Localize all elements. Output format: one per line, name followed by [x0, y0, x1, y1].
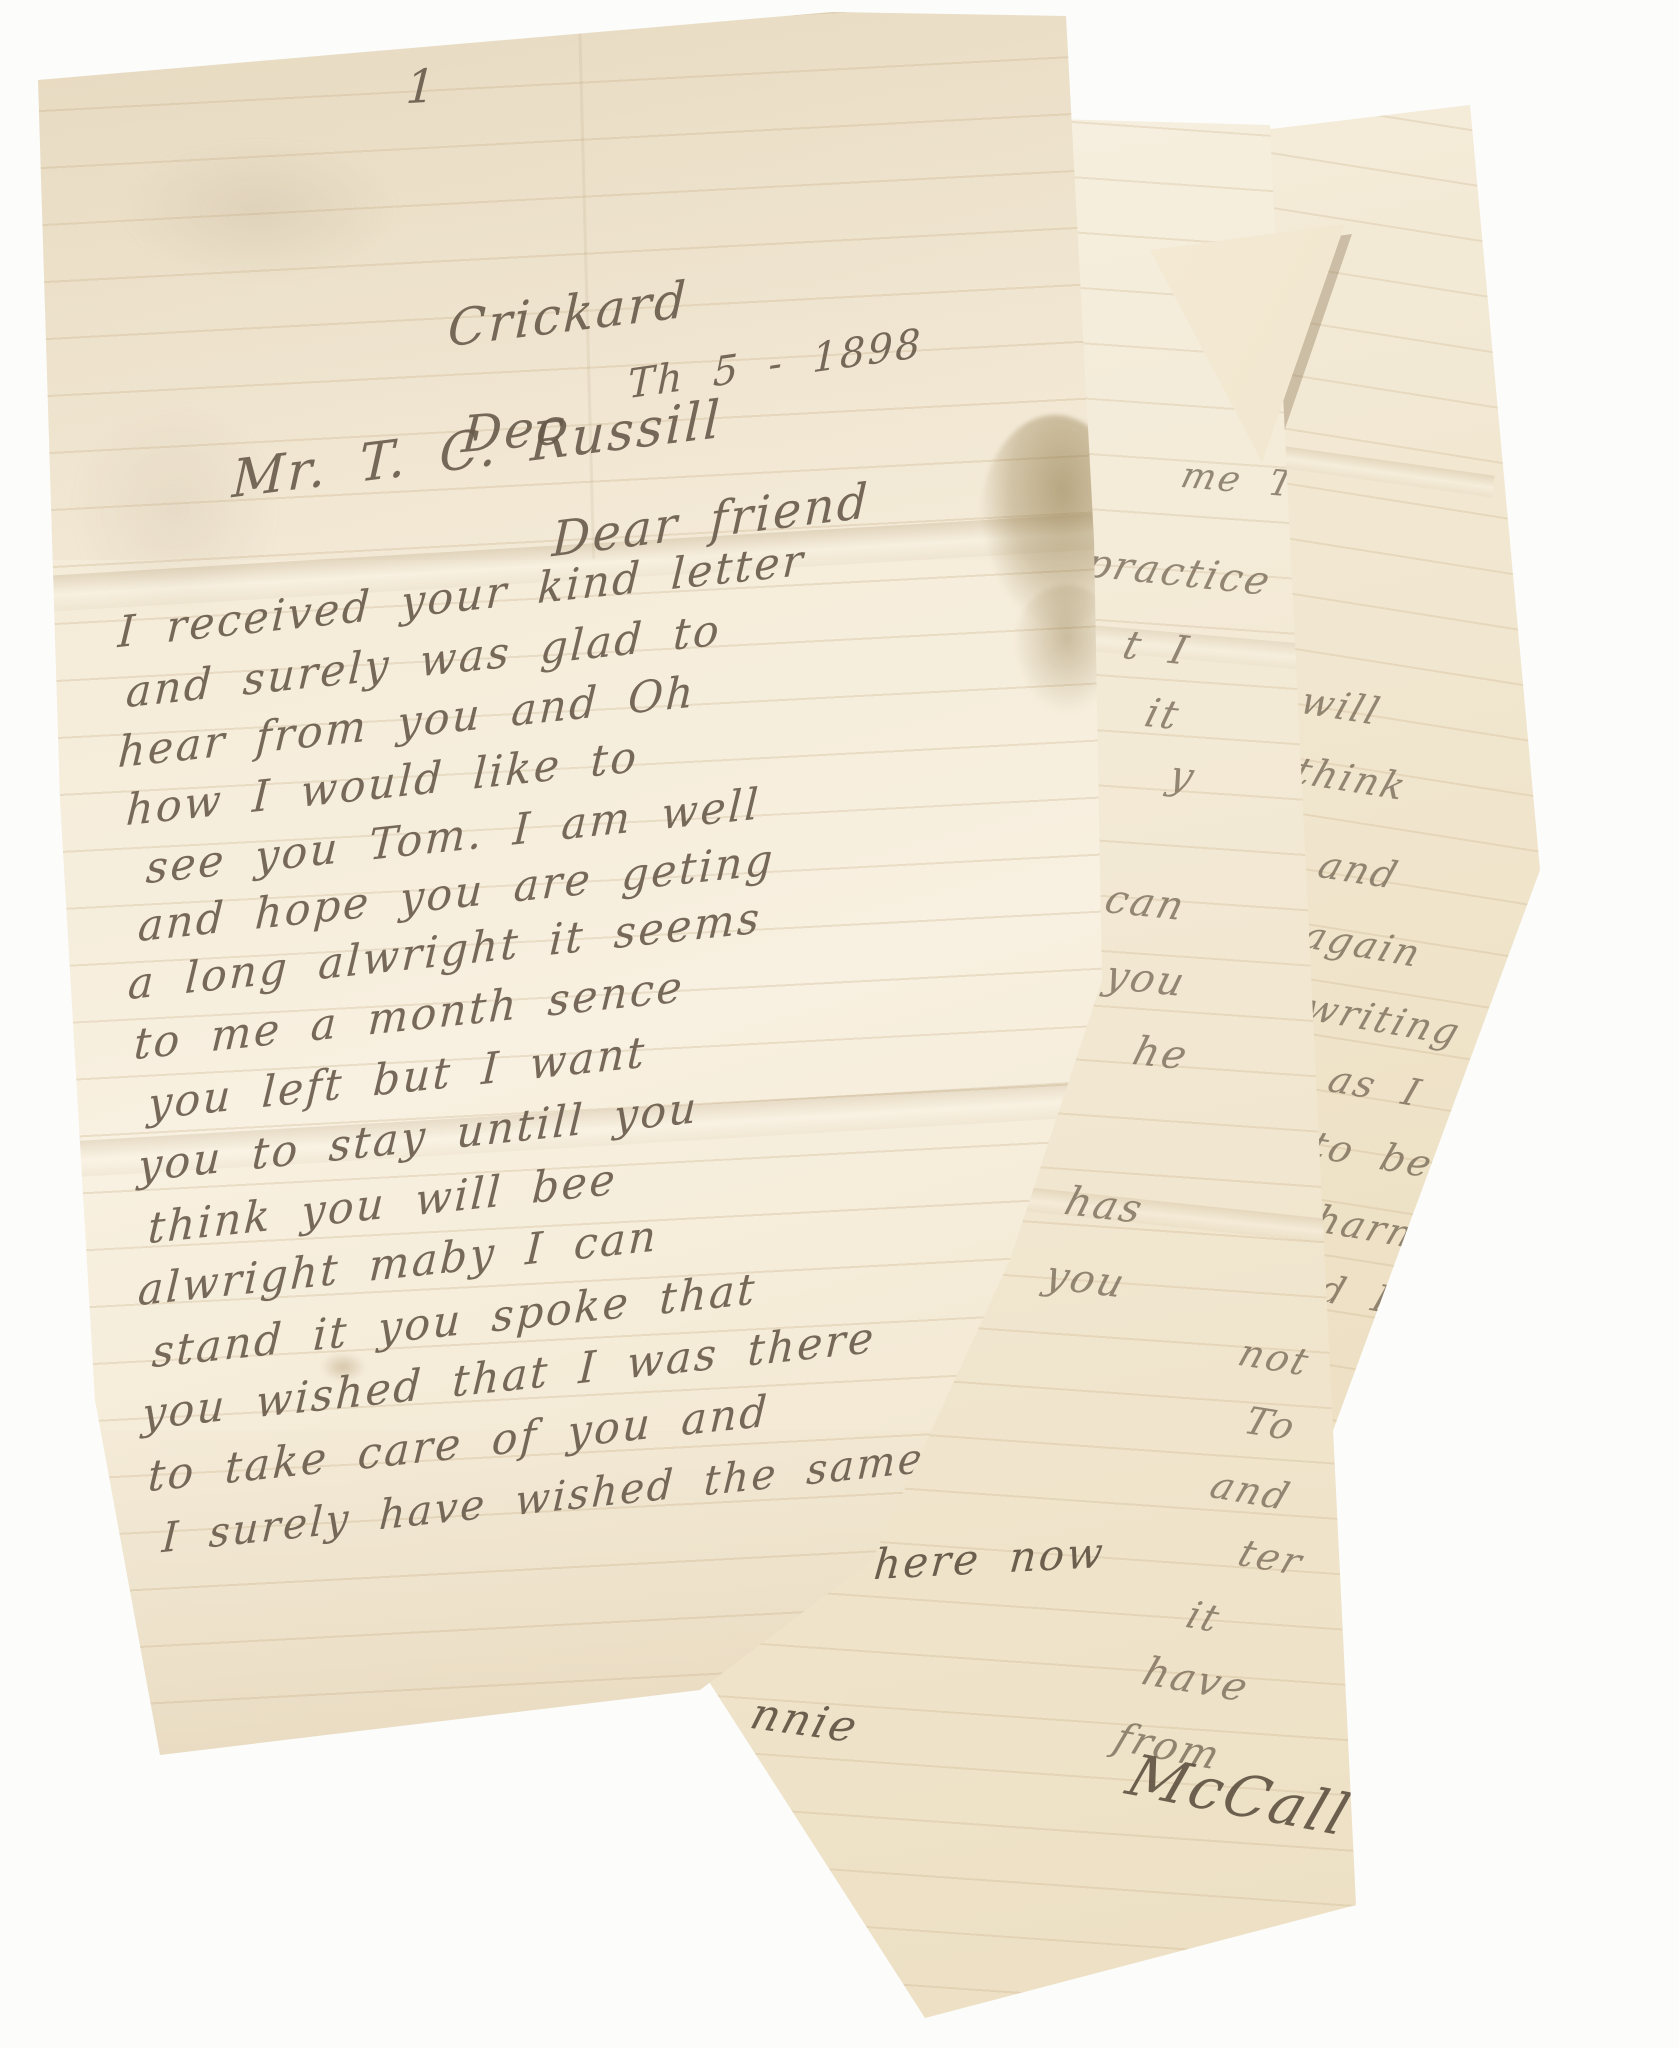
- handwriting-fragment: can: [1100, 877, 1191, 930]
- handwriting-fragment: writing: [1299, 985, 1468, 1054]
- signature-fragment: nnie: [745, 1689, 865, 1753]
- handwriting-fragment: d I wil: [1313, 1267, 1489, 1338]
- handwriting-fragment: again: [1297, 913, 1428, 976]
- paper-smudge: [70, 400, 280, 620]
- handwriting-fragment: and: [1313, 843, 1405, 898]
- handwriting-fragment: t I: [1118, 623, 1195, 675]
- handwriting-fragment: it: [1140, 691, 1186, 740]
- handwriting-fragment: To: [1239, 1399, 1302, 1449]
- handwriting-fragment: ter: [1233, 1531, 1310, 1584]
- handwriting-fragment: it: [1181, 1593, 1227, 1641]
- paper-smudge: [120, 140, 400, 280]
- handwriting-fragment: has: [1060, 1179, 1150, 1233]
- handwriting-fragment: he: [1128, 1029, 1194, 1080]
- handwriting-fragment: as I: [1323, 1057, 1428, 1115]
- handwriting-fragment: think: [1289, 749, 1413, 809]
- handwriting-fragment: y: [1164, 753, 1202, 801]
- heading-place: Crickard: [447, 270, 689, 358]
- photo-background: will think and again writing as I to bee…: [0, 0, 1679, 2048]
- handwriting-fragment: you: [1100, 953, 1192, 1006]
- page-number: 1: [405, 58, 440, 114]
- handwriting-fragment: harness: [1309, 1197, 1490, 1268]
- handwriting-fragment: you: [1040, 1253, 1132, 1308]
- handwriting-fragment: have: [1136, 1649, 1255, 1711]
- handwriting-fragment: practice: [1080, 541, 1277, 605]
- handwriting-fragment: will: [1295, 679, 1387, 734]
- handwriting-fragment: and: [1205, 1463, 1297, 1519]
- handwriting-fragment: not: [1233, 1331, 1316, 1384]
- handwriting-fragment: to bee: [1305, 1123, 1465, 1191]
- signature-name: McCall: [1119, 1742, 1360, 1849]
- paper-shading: [0, 0, 1150, 560]
- handwriting-line: here now: [872, 1528, 1107, 1589]
